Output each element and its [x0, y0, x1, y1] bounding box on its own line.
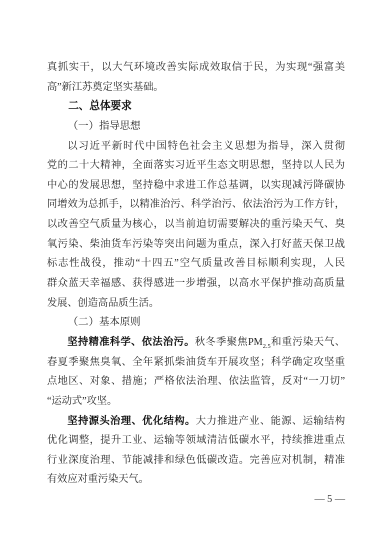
body-text: 真抓实干，以大气环境改善实际成效取信于民，为实现“强富美 — [47, 62, 345, 73]
body-text: 同增效为总抓手，以精准治污、科学治污、依法治污为工作方针， — [47, 199, 345, 210]
subscript-text: 2.5 — [263, 343, 271, 350]
body-text: 优化调整，提升工业、运输等领域清洁低碳水平，持续推进重点 — [47, 435, 345, 446]
text-line: 有效应对重污染天气。 — [47, 470, 345, 490]
text-line: 二、总体要求 — [47, 97, 345, 117]
body-text: 和重污染天气、 — [271, 337, 345, 348]
document-page: 真抓实干，以大气环境改善实际成效取信于民，为实现“强富美高”新江苏奠定坚实基础。… — [0, 0, 390, 551]
body-text: “运动式”攻坚。 — [47, 396, 117, 407]
text-line: 同增效为总抓手，以精准治污、科学治污、依法治污为工作方针， — [47, 195, 345, 215]
body-text: 中心的发展思想，坚持稳中求进工作总基调，以实现减污降碳协 — [47, 180, 345, 191]
intro-continuation-paragraph: 真抓实干，以大气环境改善实际成效取信于民，为实现“强富美高”新江苏奠定坚实基础。 — [47, 58, 345, 97]
text-line: 发展、创造高品质生活。 — [47, 294, 345, 314]
body-text: （二）基本原则 — [68, 317, 141, 328]
section-heading-overall-requirements: 二、总体要求 — [47, 97, 345, 117]
body-text: （一）指导思想 — [68, 121, 141, 132]
document-body: 真抓实干，以大气环境改善实际成效取信于民，为实现“强富美高”新江苏奠定坚实基础。… — [47, 58, 345, 490]
bold-emphasis-text: 坚持精准科学、依法治污。 — [67, 337, 195, 348]
body-text: 以改善空气质量为核心，以当前迫切需要解决的重污染天气、臭 — [47, 219, 345, 230]
subsection-heading-guiding-ideology: （一）指导思想 — [47, 117, 345, 137]
body-text: 高”新江苏奠定坚实基础。 — [47, 82, 164, 93]
body-text: 以习近平新时代中国特色社会主义思想为指导，深入贯彻 — [67, 141, 345, 152]
body-text: 行业深度治理、节能减排和绿色低碳改造。完善应对机制，精准 — [47, 455, 345, 466]
body-text: 氧污染、柴油货车污染等突出问题为重点，深入打好蓝天保卫战 — [47, 239, 345, 250]
body-text: 发展、创造高品质生活。 — [47, 298, 159, 309]
body-text: 点地区、对象、措施；严格依法治理、依法监管，反对“一刀切” — [47, 376, 345, 387]
page-number: — 5 — — [47, 490, 373, 510]
guiding-ideology-paragraph: 以习近平新时代中国特色社会主义思想为指导，深入贯彻党的二十大精神，全面落实习近平… — [47, 137, 345, 314]
text-line: 点地区、对象、措施；严格依法治理、依法监管，反对“一刀切” — [47, 372, 345, 392]
text-line: 群众蓝天幸福感、获得感进一步增强，以高水平保护推动高质量 — [47, 274, 345, 294]
text-line: 坚持源头治理、优化结构。大力推进产业、能源、运输结构 — [47, 412, 345, 432]
body-text: 标志性战役，推动“十四五”空气质量改善目标顺利实现，人民 — [47, 258, 345, 269]
text-line: “运动式”攻坚。 — [47, 392, 345, 412]
body-text: 春夏季聚焦臭氧、全年紧抓柴油货车开展攻坚；科学确定攻坚重 — [47, 357, 345, 368]
bold-emphasis-text: 坚持源头治理、优化结构。 — [67, 416, 195, 427]
text-line: 优化调整，提升工业、运输等领域清洁低碳水平，持续推进重点 — [47, 431, 345, 451]
principle-precise-science-paragraph: 坚持精准科学、依法治污。秋冬季聚焦PM2.5和重污染天气、春夏季聚焦臭氧、全年紧… — [47, 333, 345, 412]
principle-source-control-paragraph: 坚持源头治理、优化结构。大力推进产业、能源、运输结构优化调整，提升工业、运输等领… — [47, 412, 345, 491]
body-text: 有效应对重污染天气。 — [47, 474, 149, 485]
text-line: 坚持精准科学、依法治污。秋冬季聚焦PM2.5和重污染天气、 — [47, 333, 345, 353]
text-line: 氧污染、柴油货车污染等突出问题为重点，深入打好蓝天保卫战 — [47, 235, 345, 255]
text-line: 以习近平新时代中国特色社会主义思想为指导，深入贯彻 — [47, 137, 345, 157]
text-line: 标志性战役，推动“十四五”空气质量改善目标顺利实现，人民 — [47, 254, 345, 274]
text-line: 中心的发展思想，坚持稳中求进工作总基调，以实现减污降碳协 — [47, 176, 345, 196]
body-text: 群众蓝天幸福感、获得感进一步增强，以高水平保护推动高质量 — [47, 278, 345, 289]
text-line: 春夏季聚焦臭氧、全年紧抓柴油货车开展攻坚；科学确定攻坚重 — [47, 353, 345, 373]
text-line: 党的二十大精神，全面落实习近平生态文明思想，坚持以人民为 — [47, 156, 345, 176]
body-text: 党的二十大精神，全面落实习近平生态文明思想，坚持以人民为 — [47, 160, 345, 171]
text-line: 以改善空气质量为核心，以当前迫切需要解决的重污染天气、臭 — [47, 215, 345, 235]
text-line: 高”新江苏奠定坚实基础。 — [47, 78, 345, 98]
body-text: 大力推进产业、能源、运输结构 — [196, 416, 345, 427]
body-text: 秋冬季聚焦PM — [195, 337, 263, 348]
bold-emphasis-text: 二、总体要求 — [68, 100, 132, 112]
text-line: 真抓实干，以大气环境改善实际成效取信于民，为实现“强富美 — [47, 58, 345, 78]
text-line: 行业深度治理、节能减排和绿色低碳改造。完善应对机制，精准 — [47, 451, 345, 471]
subsection-heading-basic-principles: （二）基本原则 — [47, 313, 345, 333]
text-line: （二）基本原则 — [47, 313, 345, 333]
text-line: （一）指导思想 — [47, 117, 345, 137]
